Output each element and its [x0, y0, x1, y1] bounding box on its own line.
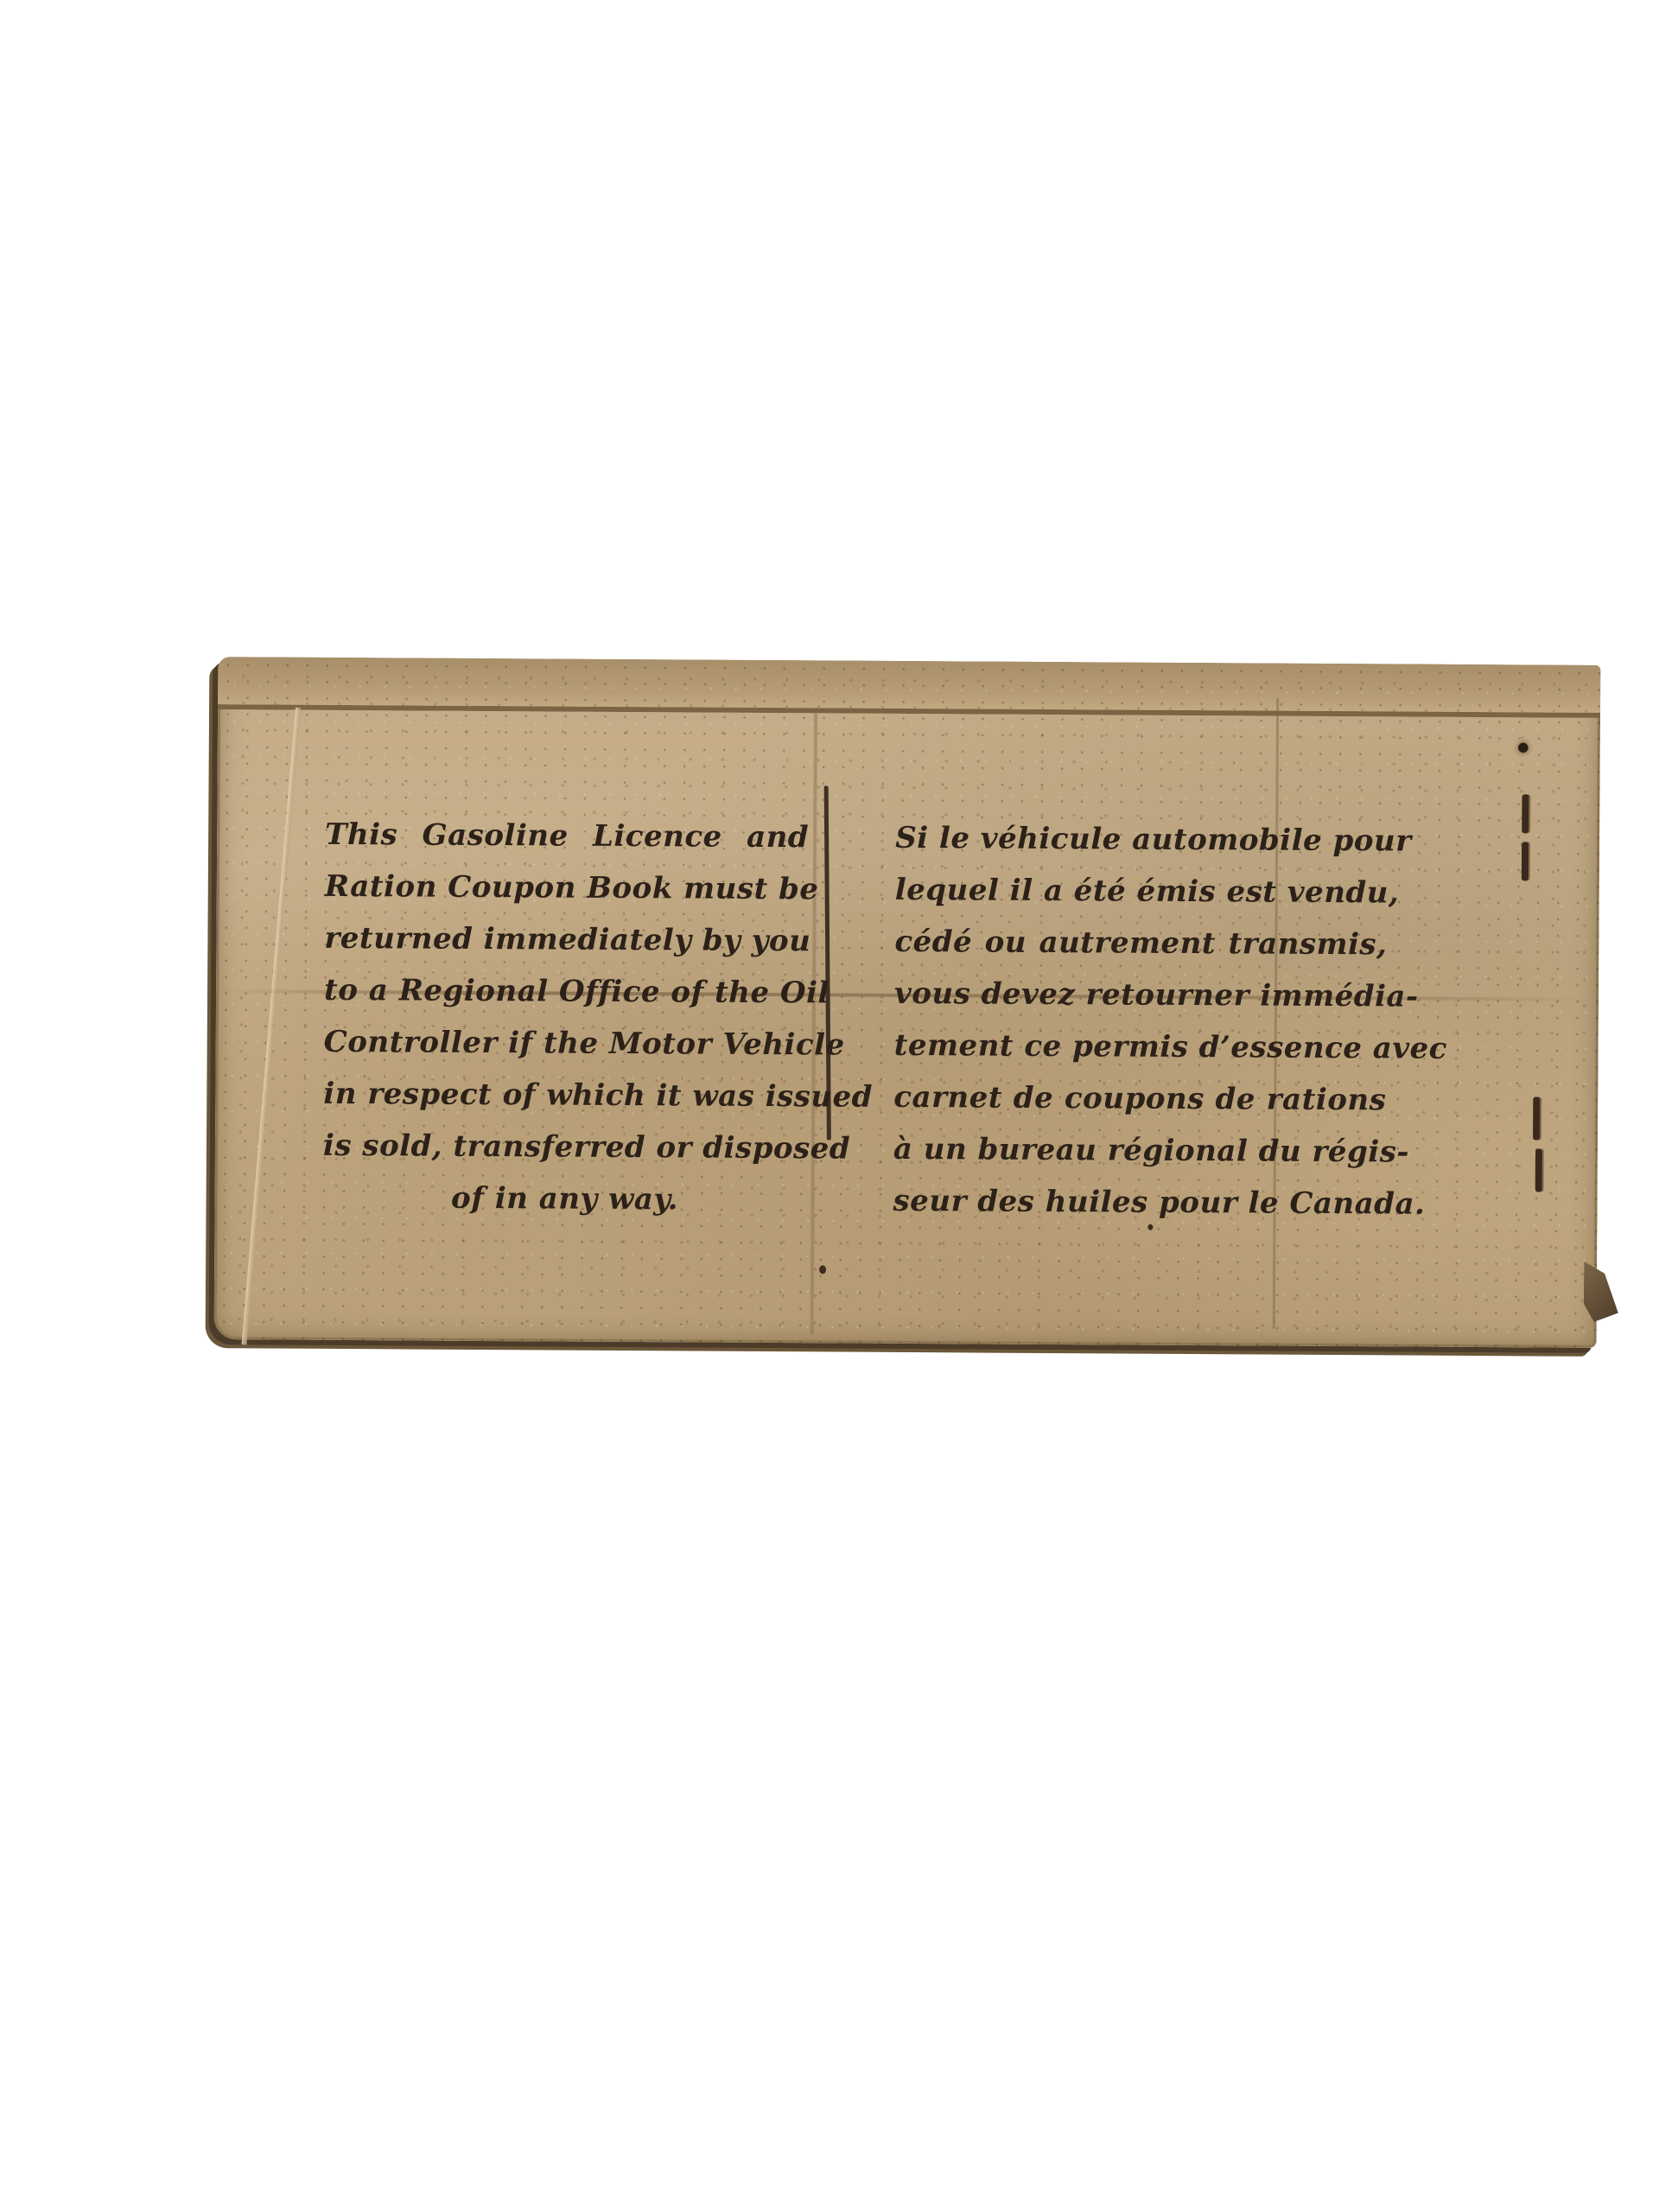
english-line: in respect of which it was issued [323, 1068, 807, 1122]
english-notice: This Gasoline Licence and Ration Coupon … [322, 809, 809, 1226]
english-line: is sold, transferred or disposed [323, 1120, 807, 1174]
ink-spot [1147, 1224, 1153, 1230]
staple-icon [1522, 842, 1529, 880]
torn-corner-flap [1584, 1262, 1618, 1322]
french-line: à un bureau régional du régis- [893, 1123, 1386, 1178]
staple-icon [1535, 1148, 1542, 1192]
center-gutter [810, 712, 817, 1334]
french-line: vous devez retourner immédia- [894, 968, 1387, 1022]
english-line: of in any way. [322, 1172, 806, 1226]
staple-icon [1522, 794, 1529, 833]
staple-icon [1533, 1096, 1540, 1140]
french-line: cédé ou autrement transmis, [894, 916, 1387, 970]
diagonal-fold-crease [242, 708, 302, 1345]
french-line: carnet de coupons de rations [893, 1071, 1386, 1126]
french-notice: Si le véhicule automobile pour lequel il… [893, 812, 1388, 1230]
punch-hole-icon [1514, 738, 1533, 757]
french-line: Si le véhicule automobile pour [895, 812, 1388, 867]
cover-top-edge [218, 657, 1600, 718]
english-line: returned immediately by you [324, 912, 808, 967]
english-line: Controller if the Motor Vehicle [324, 1016, 808, 1071]
english-line: to a Regional Office of the Oil [324, 964, 808, 1019]
ration-coupon-booklet: This Gasoline Licence and Ration Coupon … [214, 657, 1601, 1348]
french-line: seur des huiles pour le Canada. [893, 1175, 1385, 1230]
english-line: Ration Coupon Book must be [325, 861, 809, 915]
french-line: tement ce permis d’essence avec [894, 1020, 1387, 1074]
ink-spot [819, 1265, 826, 1274]
photo-stage: This Gasoline Licence and Ration Coupon … [0, 0, 1659, 2212]
english-line: This Gasoline Licence and [325, 809, 809, 863]
french-line: lequel il a été émis est vendu, [895, 864, 1388, 918]
